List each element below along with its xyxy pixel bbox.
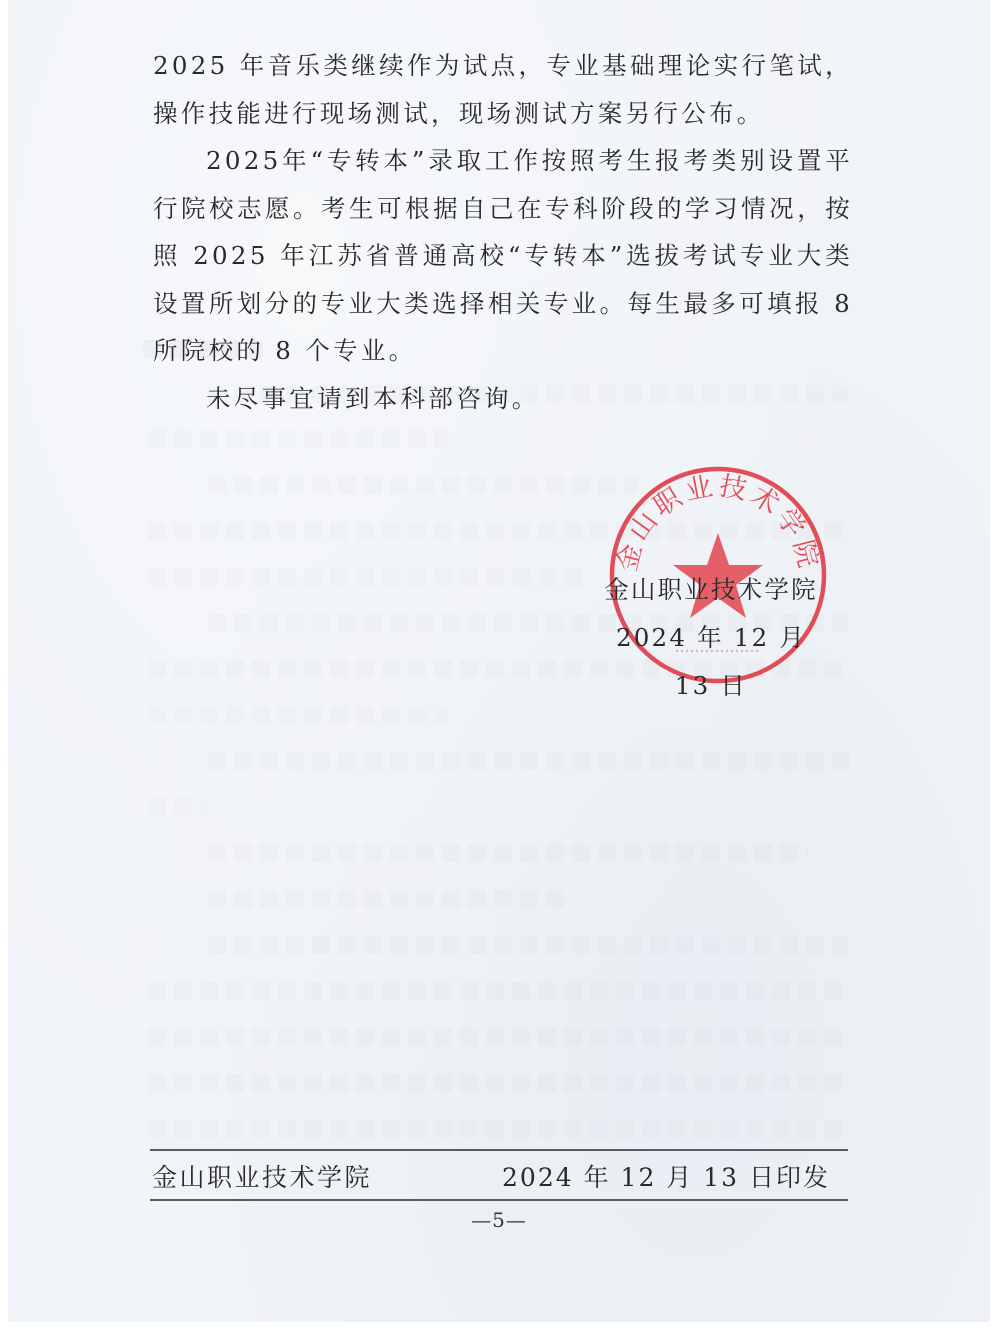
bleed-through-texture (208, 890, 568, 908)
bleed-through-texture (148, 1120, 848, 1138)
signature-date: 2024 年 12 月 13 日 (596, 614, 826, 710)
page-number: —5— (8, 1208, 990, 1232)
bleed-through-texture (148, 982, 848, 1000)
bleed-through-texture (148, 1028, 848, 1046)
signature-block: 金山职业技术学院 2024 年 12 月 13 日 (596, 566, 826, 710)
paragraph-inquiry: 未尽事宜请到本科部咨询。 (153, 375, 853, 423)
footer-issuer: 金山职业技术学院 (152, 1158, 372, 1194)
bleed-through-texture (148, 430, 448, 448)
bleed-through-texture (148, 706, 448, 724)
scanned-page: 2025 年音乐类继续作为试点，专业基础理论实行笔试，操作技能进行现场测试，现场… (8, 0, 990, 1322)
bleed-through-texture (208, 844, 808, 862)
bleed-through-texture (208, 936, 848, 954)
footer-divider-top (150, 1149, 848, 1151)
bleed-through-texture (148, 568, 588, 586)
footer-issue-date: 2024 年 12 月 13 日印发 (502, 1158, 830, 1194)
signature-organization: 金山职业技术学院 (596, 566, 826, 614)
bleed-through-texture (148, 798, 208, 816)
bleed-through-texture (208, 476, 638, 494)
footer-divider-bottom (150, 1199, 848, 1201)
paragraph-music-pilot: 2025 年音乐类继续作为试点，专业基础理论实行笔试，操作技能进行现场测试，现场… (153, 42, 853, 137)
bleed-through-texture (148, 1074, 848, 1092)
document-body: 2025 年音乐类继续作为试点，专业基础理论实行笔试，操作技能进行现场测试，现场… (153, 42, 853, 422)
paragraph-admission-volunteers: 2025年“专转本”录取工作按照考生报考类别设置平行院校志愿。考生可根据自己在专… (153, 137, 853, 375)
bleed-through-texture (208, 752, 858, 770)
